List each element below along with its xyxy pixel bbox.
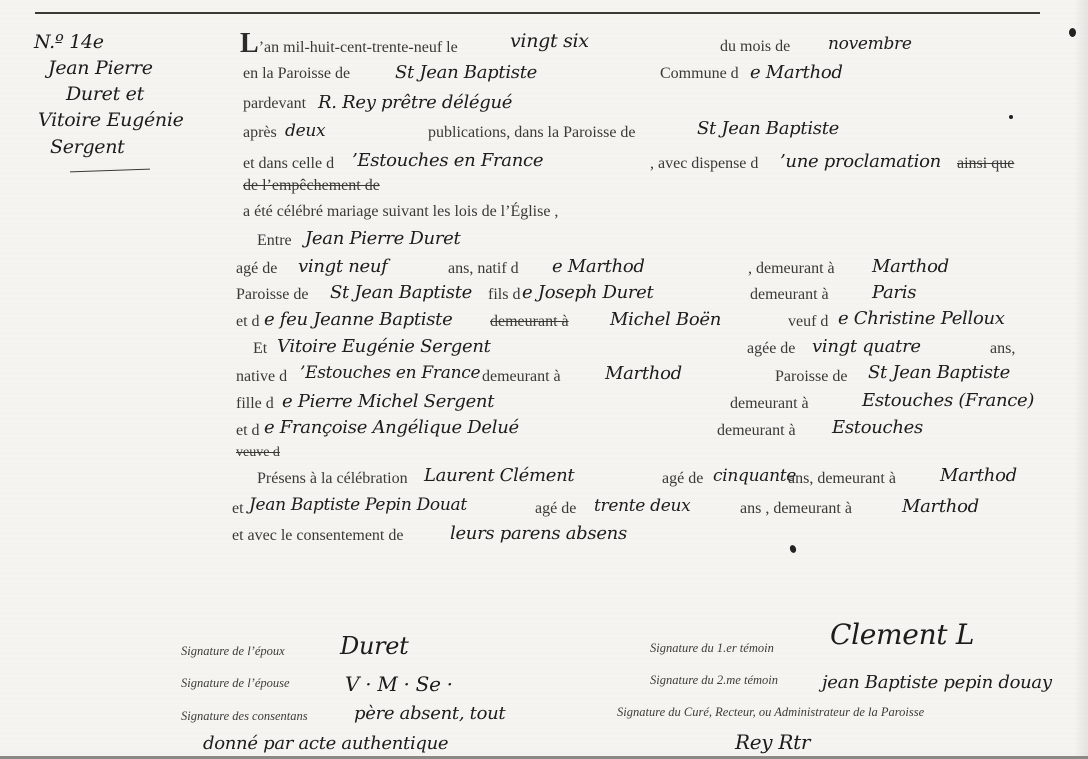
daughter-of-label: fille d xyxy=(236,395,274,413)
act-line-date: L’an mil-huit-cent-trente-neuf le xyxy=(240,30,458,58)
dispense-label: , avec dispense d xyxy=(650,155,758,173)
bride-signature-label: Signature de l’épouse xyxy=(181,676,290,691)
publication-parish: St Jean Baptiste xyxy=(697,118,839,139)
groom-signature-label: Signature de l’époux xyxy=(181,644,285,659)
margin-name-line-4: Sergent xyxy=(50,135,125,160)
commune-name: e Marthod xyxy=(750,62,843,83)
witness-2-residence: Marthod xyxy=(902,496,979,517)
consenters-signature: père absent, tout xyxy=(354,703,505,724)
other-parish-label: et dans celle d xyxy=(243,155,334,173)
bride-mother-residence: Estouches xyxy=(832,417,923,438)
groom-former-spouse: e Christine Pelloux xyxy=(838,308,1005,329)
witness-2-name: Jean Baptiste Pepin Douat xyxy=(249,495,467,515)
dropcap-L: L xyxy=(240,28,259,59)
parish-label: en la Paroisse de xyxy=(243,65,350,83)
bride-mother-res-label: demeurant à xyxy=(717,422,796,440)
witness-1-res-label: ans, demeurant à xyxy=(788,470,896,488)
cure-signature-label: Signature du Curé, Recteur, ou Administr… xyxy=(617,705,924,720)
marriage-day: vingt six xyxy=(510,30,589,52)
bride-father-residence: Estouches (France) xyxy=(862,390,1034,411)
other-parish: ’Estouches en France xyxy=(352,150,543,171)
before-label: pardevant xyxy=(243,95,306,113)
bride-age: vingt quatre xyxy=(812,336,921,357)
bride-father: e Pierre Michel Sergent xyxy=(282,391,494,412)
groom-native-label: ans, natif d xyxy=(448,260,519,278)
witness-2-signature: jean Baptiste pepin douay xyxy=(822,672,1052,693)
bride-signature: V · M · Se · xyxy=(345,672,453,696)
groom-residing: Marthod xyxy=(872,256,949,277)
struck-impediment: de l’empêchement de xyxy=(243,177,380,195)
ink-mark xyxy=(1069,28,1076,37)
bride-native: ’Estouches en France xyxy=(300,363,480,383)
publications-label: publications, dans la Paroisse de xyxy=(428,124,636,142)
struck-widow: veuve d xyxy=(236,445,280,461)
bride-et-label: Et xyxy=(253,340,267,358)
between-label: Entre xyxy=(257,232,292,250)
witnesses-intro: Présens à la célébration xyxy=(257,470,408,488)
bride-residing-label: demeurant à xyxy=(482,368,561,386)
bride-parish: St Jean Baptiste xyxy=(868,362,1010,383)
witness-2-res-label: ans , demeurant à xyxy=(740,500,852,518)
groom-age: vingt neuf xyxy=(298,256,388,277)
witness-1-signature-label: Signature du 1.er témoin xyxy=(650,641,774,656)
bride-native-label: native d xyxy=(236,368,287,386)
margin-name-line-3: Vitoire Eugénie xyxy=(38,108,184,133)
commune-label: Commune d xyxy=(660,65,739,83)
witness-2-signature-label: Signature du 2.me témoin xyxy=(650,673,778,688)
consent-value: leurs parens absens xyxy=(450,523,627,544)
page-edge-shadow xyxy=(1074,0,1088,759)
witness-2-age: trente deux xyxy=(594,496,690,516)
witness-1-age: cinquante xyxy=(713,466,796,486)
margin-name-line-2: Duret et xyxy=(66,82,144,107)
groom-signature: Duret xyxy=(340,632,409,660)
consenters-signature-label: Signature des consentans xyxy=(181,709,308,724)
margin-flourish xyxy=(70,169,150,173)
groom-father-res-label: demeurant à xyxy=(750,286,829,304)
groom-father-residence: Paris xyxy=(872,282,916,303)
bride-parish-label: Paroisse de xyxy=(775,368,847,386)
bride-age-suffix: ans, xyxy=(990,340,1015,358)
groom-mother-res-struck: demeurant à xyxy=(490,313,569,331)
consenters-signature-cont: donné par acte authentique xyxy=(203,733,448,754)
entry-number-value: 14e xyxy=(69,31,104,53)
publication-count: deux xyxy=(285,121,325,141)
witness-1-residence: Marthod xyxy=(940,465,1017,486)
bride-mother: e Françoise Angélique Delué xyxy=(264,417,519,438)
officiant: R. Rey prêtre délégué xyxy=(318,92,512,113)
struck-ainsi-que: ainsi que xyxy=(957,155,1014,173)
witness-1-signature: Clement L xyxy=(830,618,974,651)
groom-residing-label: , demeurant à xyxy=(748,260,835,278)
bride-name: Vitoire Eugénie Sergent xyxy=(277,336,491,357)
month-label: du mois de xyxy=(720,38,790,56)
groom-father: e Joseph Duret xyxy=(522,282,653,303)
son-of-label: fils d xyxy=(488,286,520,304)
witness-1-name: Laurent Clément xyxy=(424,465,574,486)
groom-mother-label: et d xyxy=(236,313,260,331)
bride-age-label: agée de xyxy=(747,340,795,358)
groom-parish: St Jean Baptiste xyxy=(330,282,472,303)
register-page: N.º 14e Jean Pierre Duret et Vitoire Eug… xyxy=(0,0,1088,759)
margin-name-line-1: Jean Pierre xyxy=(48,56,153,81)
groom-native: e Marthod xyxy=(552,256,645,277)
margin-entry-number: N.º 14e xyxy=(34,30,104,55)
after-label: après xyxy=(243,124,277,142)
entry-number-label: N.º xyxy=(34,31,63,53)
parish-name: St Jean Baptiste xyxy=(395,62,537,83)
groom-name: Jean Pierre Duret xyxy=(305,228,460,249)
celebrated-line: a été célébré mariage suivant les lois d… xyxy=(243,203,558,221)
ink-mark xyxy=(789,544,797,554)
groom-age-label: agé de xyxy=(236,260,277,278)
top-rule xyxy=(35,12,1040,14)
bride-father-res-label: demeurant à xyxy=(730,395,809,413)
consent-label: et avec le consentement de xyxy=(232,527,403,545)
dispense-value: ’une proclamation xyxy=(780,151,941,172)
witness-2-prefix: et xyxy=(232,500,244,518)
groom-parish-label: Paroisse de xyxy=(236,286,308,304)
ink-mark xyxy=(1009,115,1013,119)
marriage-month: novembre xyxy=(828,34,912,54)
bride-mother-label: et d xyxy=(236,422,260,440)
groom-mother-extra: Michel Boën xyxy=(610,309,721,330)
bride-residing: Marthod xyxy=(605,363,682,384)
groom-mother: e feu Jeanne Baptiste xyxy=(264,309,452,330)
cure-signature: Rey Rtr xyxy=(735,730,810,754)
witness-1-age-label: agé de xyxy=(662,470,703,488)
widower-label: veuf d xyxy=(788,313,828,331)
witness-2-age-label: agé de xyxy=(535,500,576,518)
